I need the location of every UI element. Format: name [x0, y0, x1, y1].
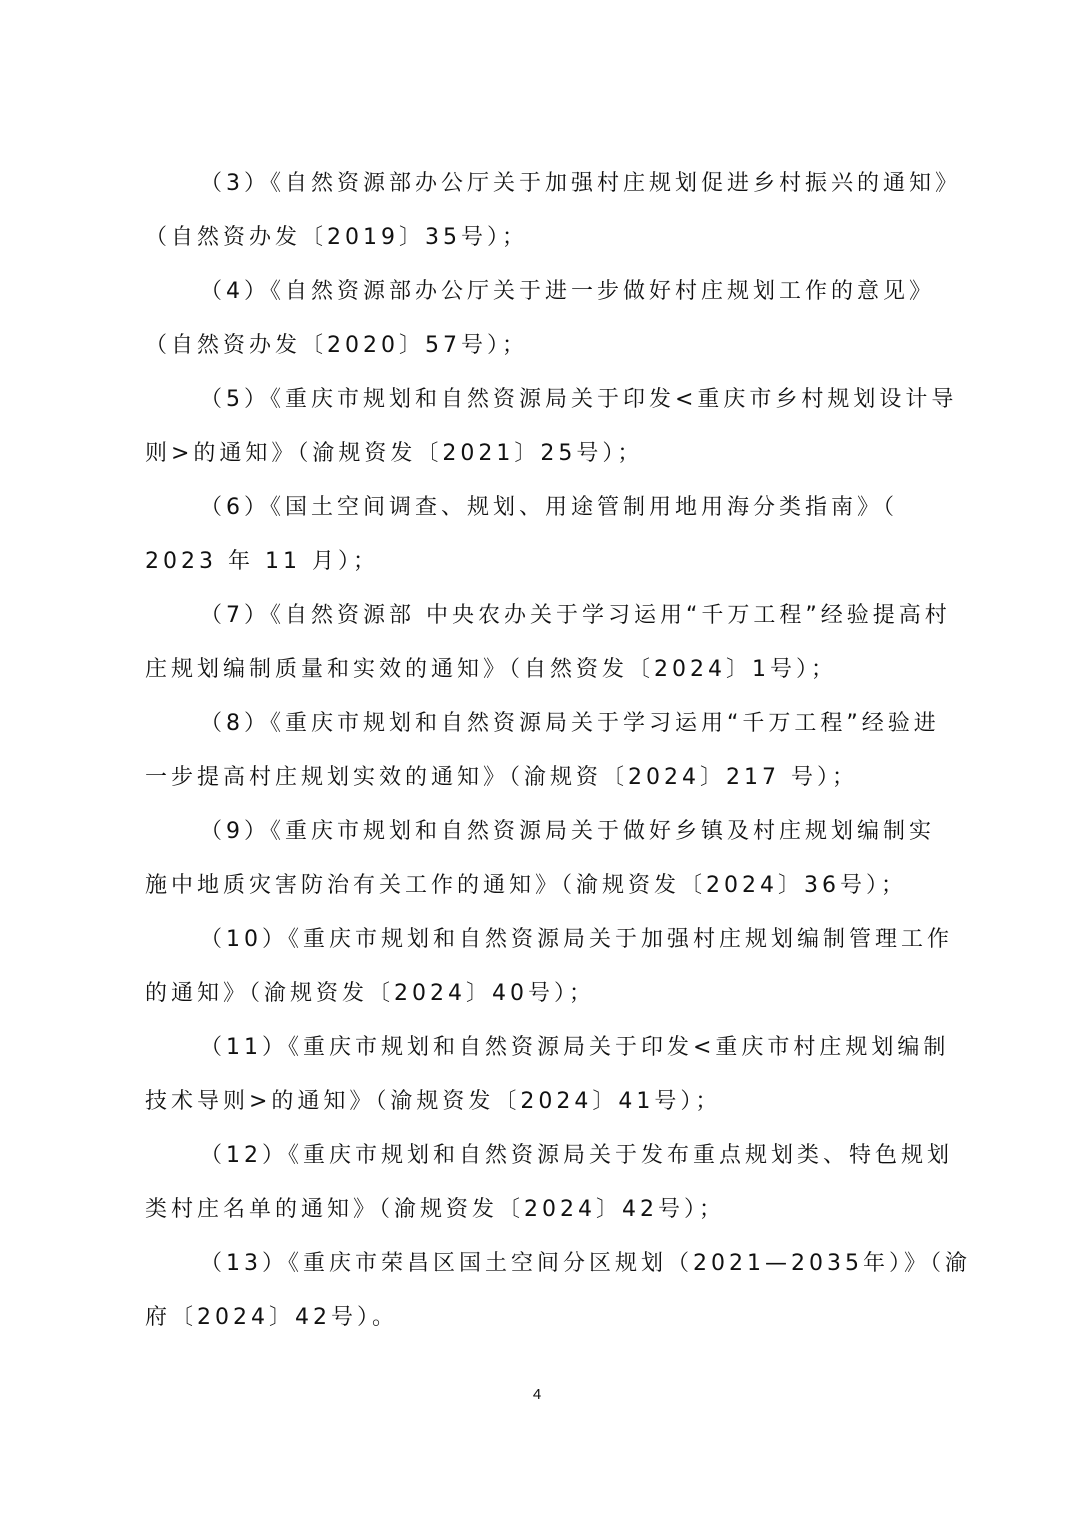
reference-item-5: （5）《重庆市规划和自然资源局关于印发<重庆市乡村规划设计导 则>的通知》（渝规…: [145, 378, 945, 486]
reference-line: 则>的通知》（渝规资发〔2021〕25号）；: [145, 432, 945, 486]
reference-line: （11）《重庆市规划和自然资源局关于印发<重庆市村庄规划编制: [145, 1026, 945, 1080]
reference-line: （10）《重庆市规划和自然资源局关于加强村庄规划编制管理工作: [145, 918, 945, 972]
page-number: 4: [0, 1386, 1074, 1403]
reference-line: 2023 年 11 月）；: [145, 540, 945, 594]
reference-item-3: （3）《自然资源部办公厅关于加强村庄规划促进乡村振兴的通知》 （自然资办发〔20…: [145, 162, 945, 270]
reference-line: 类村庄名单的通知》（渝规资发〔2024〕42号）；: [145, 1188, 945, 1242]
reference-line: （4）《自然资源部办公厅关于进一步做好村庄规划工作的意见》: [145, 270, 945, 324]
reference-item-9: （9）《重庆市规划和自然资源局关于做好乡镇及村庄规划编制实 施中地质灾害防治有关…: [145, 810, 945, 918]
reference-line: 的通知》（渝规资发〔2024〕40号）；: [145, 972, 945, 1026]
reference-line: 施中地质灾害防治有关工作的通知》（渝规资发〔2024〕36号）；: [145, 864, 945, 918]
reference-item-10: （10）《重庆市规划和自然资源局关于加强村庄规划编制管理工作 的通知》（渝规资发…: [145, 918, 945, 1026]
reference-line: 府〔2024〕42号）。: [145, 1296, 945, 1350]
reference-item-8: （8）《重庆市规划和自然资源局关于学习运用“千万工程”经验进 一步提高村庄规划实…: [145, 702, 945, 810]
reference-line: 一步提高村庄规划实效的通知》（渝规资〔2024〕217 号）；: [145, 756, 945, 810]
document-page: （3）《自然资源部办公厅关于加强村庄规划促进乡村振兴的通知》 （自然资办发〔20…: [0, 0, 1074, 1520]
reference-line: （13）《重庆市荣昌区国土空间分区规划（2021—2035年）》（渝: [145, 1242, 945, 1296]
reference-item-6: （6）《国土空间调查、规划、用途管制用地用海分类指南》（ 2023 年 11 月…: [145, 486, 945, 594]
reference-line: 庄规划编制质量和实效的通知》（自然资发〔2024〕1号）；: [145, 648, 945, 702]
reference-line: （8）《重庆市规划和自然资源局关于学习运用“千万工程”经验进: [145, 702, 945, 756]
reference-item-11: （11）《重庆市规划和自然资源局关于印发<重庆市村庄规划编制 技术导则>的通知》…: [145, 1026, 945, 1134]
reference-item-7: （7）《自然资源部 中央农办关于学习运用“千万工程”经验提高村 庄规划编制质量和…: [145, 594, 945, 702]
reference-line: （12）《重庆市规划和自然资源局关于发布重点规划类、特色规划: [145, 1134, 945, 1188]
reference-line: （5）《重庆市规划和自然资源局关于印发<重庆市乡村规划设计导: [145, 378, 945, 432]
reference-line: （9）《重庆市规划和自然资源局关于做好乡镇及村庄规划编制实: [145, 810, 945, 864]
reference-item-4: （4）《自然资源部办公厅关于进一步做好村庄规划工作的意见》 （自然资办发〔202…: [145, 270, 945, 378]
reference-line: （7）《自然资源部 中央农办关于学习运用“千万工程”经验提高村: [145, 594, 945, 648]
reference-line: （自然资办发〔2019〕35号）；: [145, 216, 945, 270]
reference-line: （6）《国土空间调查、规划、用途管制用地用海分类指南》（: [145, 486, 945, 540]
reference-list: （3）《自然资源部办公厅关于加强村庄规划促进乡村振兴的通知》 （自然资办发〔20…: [145, 162, 945, 1350]
reference-item-13: （13）《重庆市荣昌区国土空间分区规划（2021—2035年）》（渝 府〔202…: [145, 1242, 945, 1350]
reference-line: （3）《自然资源部办公厅关于加强村庄规划促进乡村振兴的通知》: [145, 162, 945, 216]
reference-item-12: （12）《重庆市规划和自然资源局关于发布重点规划类、特色规划 类村庄名单的通知》…: [145, 1134, 945, 1242]
reference-line: （自然资办发〔2020〕57号）；: [145, 324, 945, 378]
reference-line: 技术导则>的通知》（渝规资发〔2024〕41号）；: [145, 1080, 945, 1134]
